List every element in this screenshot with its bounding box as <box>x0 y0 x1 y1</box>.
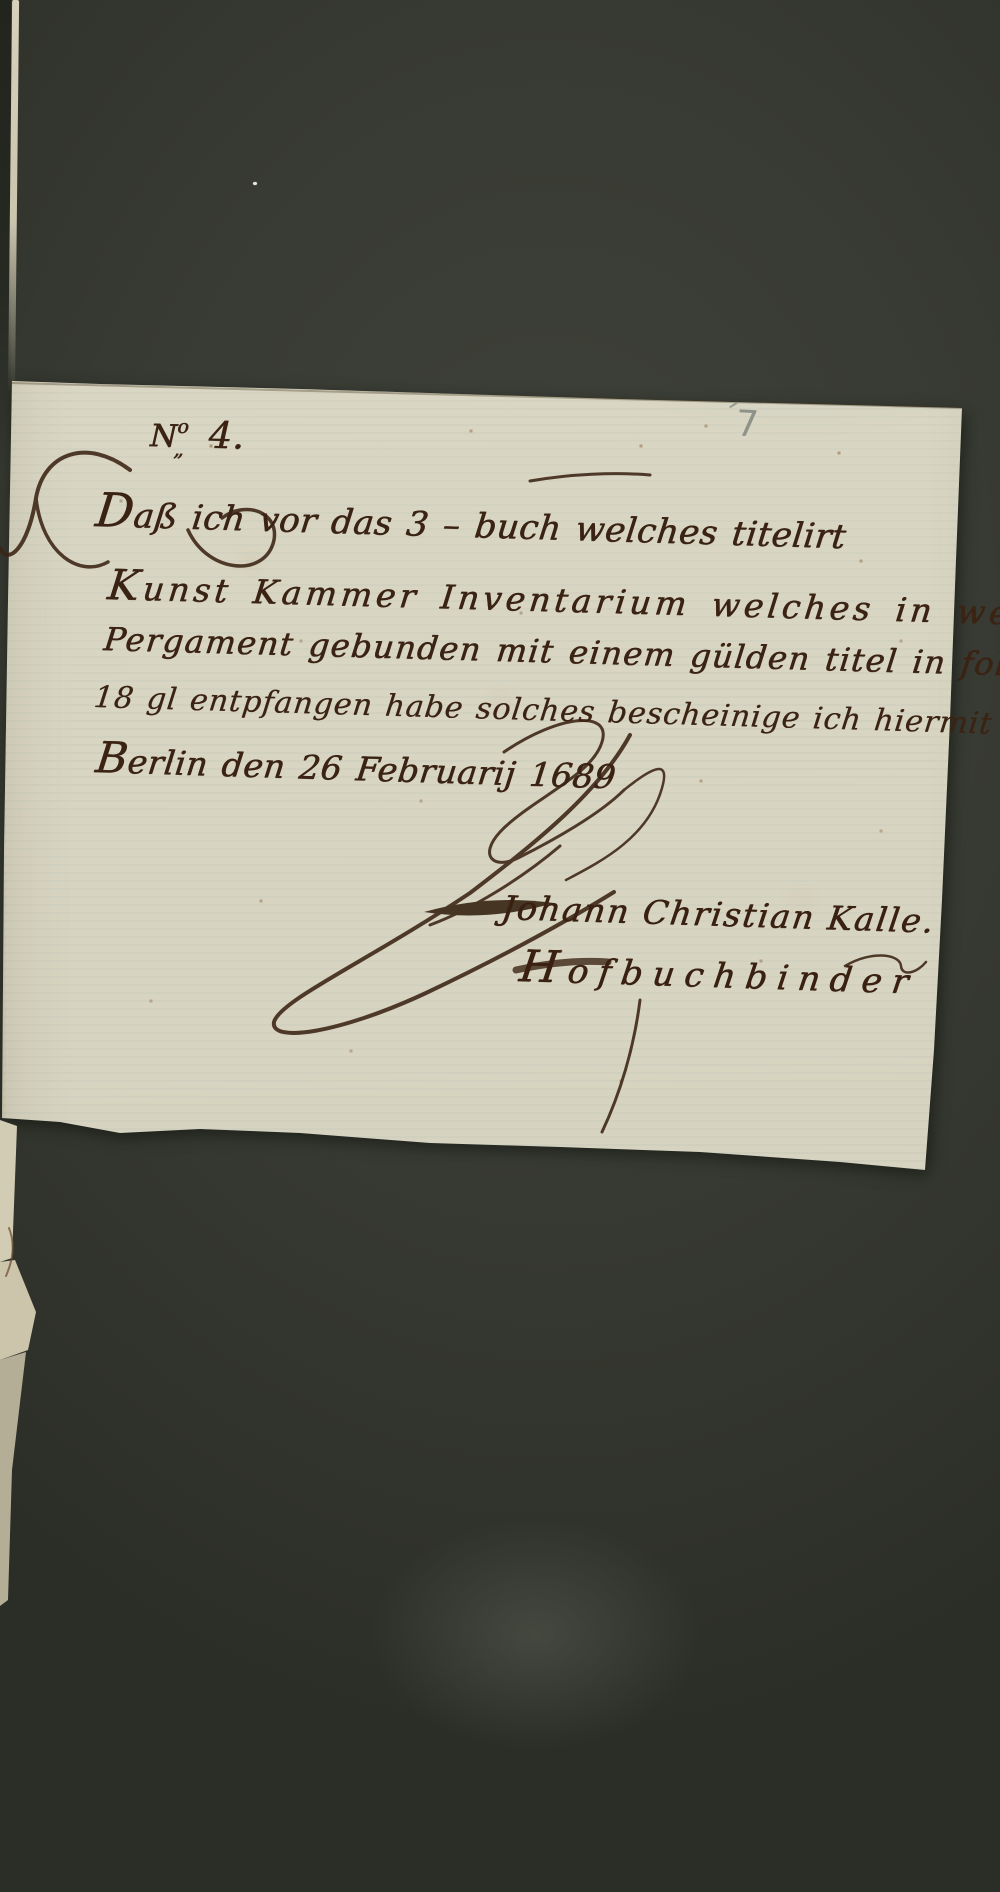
archival-photo-album-page: No„4. Daß ich vor das 3 – buch welches t… <box>0 0 1000 1892</box>
ink-flourishes <box>0 0 1000 1892</box>
foliation-number: 7 <box>735 403 760 445</box>
document-number-heading: No„4. <box>149 412 244 458</box>
heading-ticks: „ <box>173 437 174 461</box>
heading-number: 4. <box>208 414 244 458</box>
heading-superscript: o <box>177 416 189 438</box>
